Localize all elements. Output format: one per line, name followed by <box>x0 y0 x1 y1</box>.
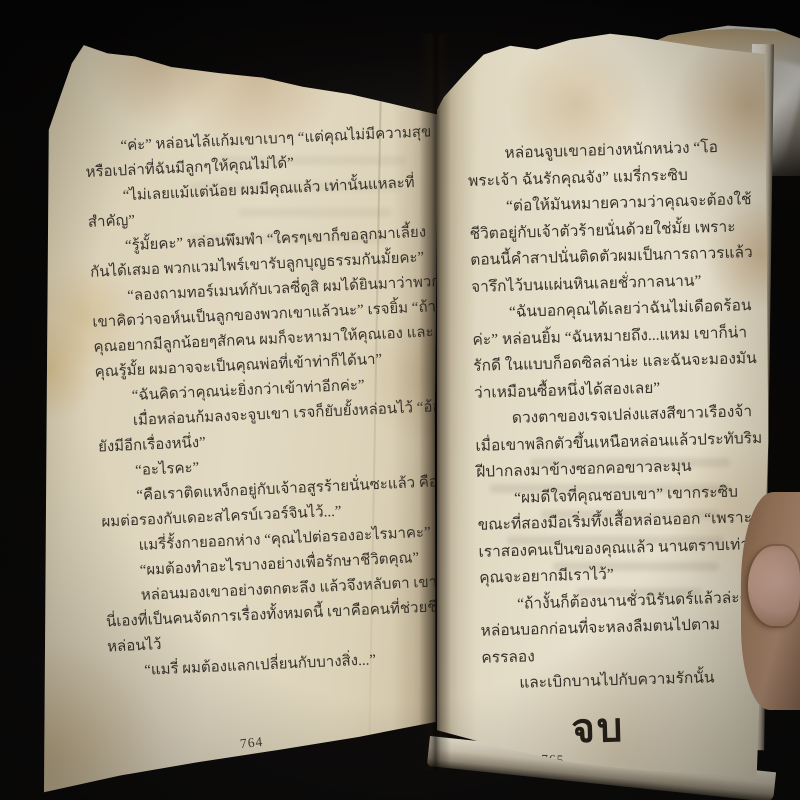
paragraph: “ต่อให้มันหมายความว่าคุณจะต้องใช้ชีวิตอย… <box>468 187 759 301</box>
paragraph: หล่อนจูบเขาอย่างหนักหน่วง “โอ พระเจ้า ฉั… <box>467 134 756 195</box>
left-page-number: 764 <box>239 734 264 752</box>
paragraph: ดวงตาของเรจเปล่งแสงสีขาวเรืองจ้าเมื่อเขา… <box>474 399 764 487</box>
thumbnail <box>748 546 800 626</box>
the-end-label: จบ <box>571 710 770 742</box>
right-page-text: หล่อนจูบเขาอย่างหนักหน่วง “โอ พระเจ้า ฉั… <box>467 134 770 745</box>
right-page: หล่อนจูบเขาอย่างหนักหน่วง “โอ พระเจ้า ฉั… <box>437 30 770 778</box>
book-photo-scene: “ค่ะ” หล่อนไล้แก้มเขาเบาๆ “แต่คุณไม่มีคว… <box>0 0 800 800</box>
book-gutter-shadow <box>419 34 451 770</box>
left-page: “ค่ะ” หล่อนไล้แก้มเขาเบาๆ “แต่คุณไม่มีคว… <box>40 36 438 793</box>
left-page-text: “ค่ะ” หล่อนไล้แก้มเขาเบาๆ “แต่คุณไม่มีคว… <box>84 120 438 685</box>
paragraph: “ฉันบอกคุณได้เลยว่าฉันไม่เดือดร้อนค่ะ” ห… <box>471 293 762 407</box>
paragraph: “ผมดีใจที่คุณชอบเขา” เขากระซิบ ขณะที่สอง… <box>477 478 768 592</box>
right-page-paragraphs: หล่อนจูบเขาอย่างหนักหน่วง “โอ พระเจ้า ฉั… <box>467 134 770 672</box>
paragraph: “ลองถามทอร์เมนท์กับเวลซี่ดูสิ ผมได้ยินมา… <box>91 270 438 386</box>
paragraph: “ถ้างั้นก็ต้องนานชั่วนิรันดร์แล้วล่ะคะ” … <box>480 584 770 672</box>
thumb <box>741 492 800 710</box>
